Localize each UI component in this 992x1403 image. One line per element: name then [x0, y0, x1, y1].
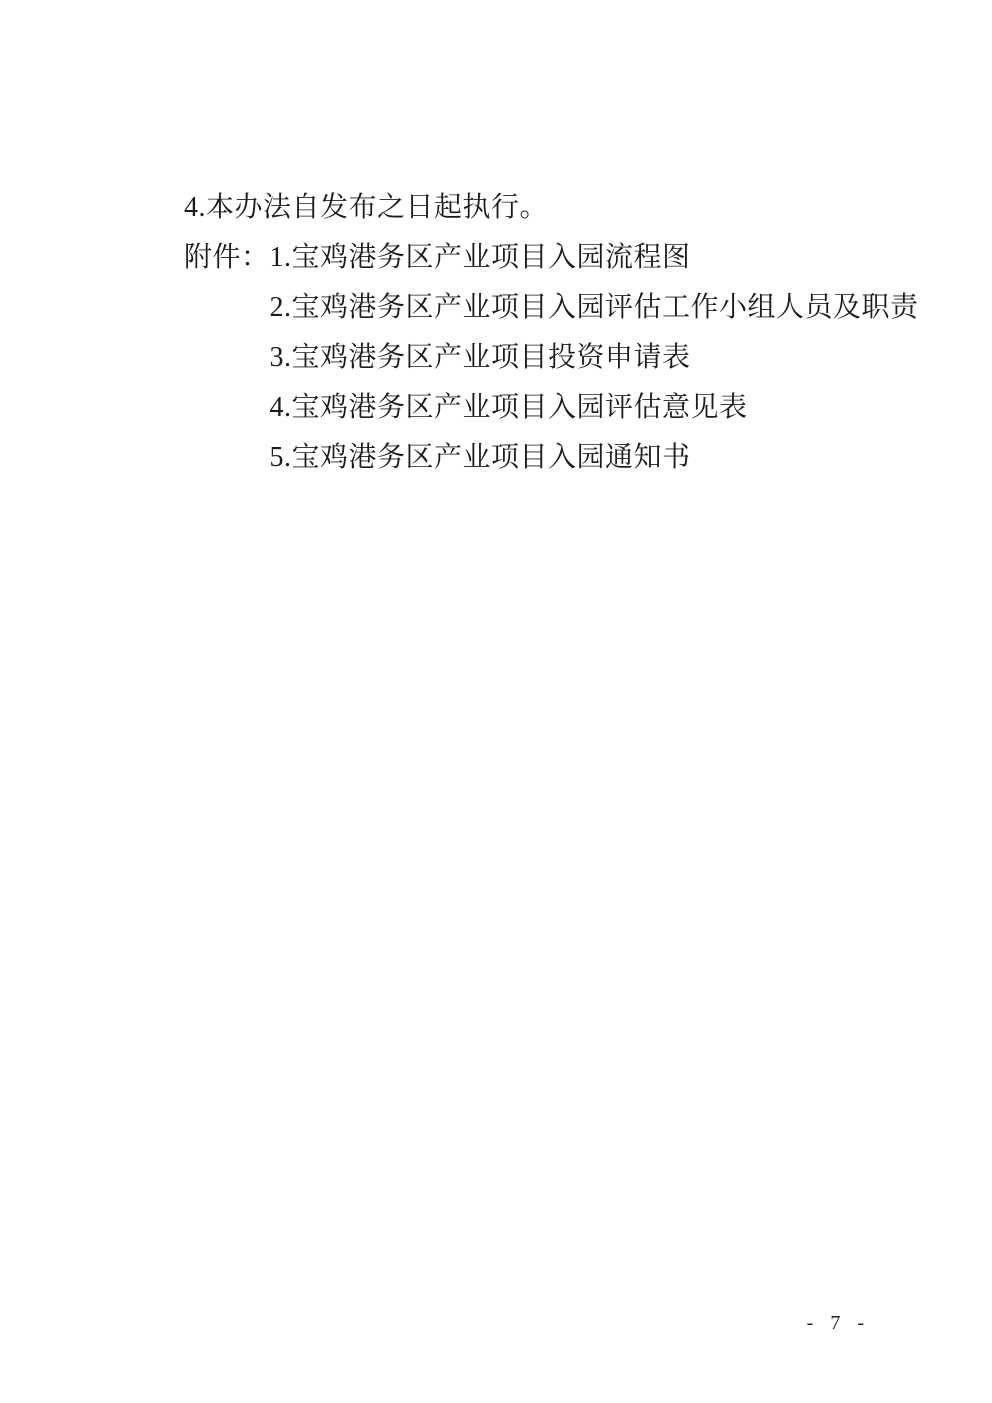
attachment-item-5: 5.宝鸡港务区产业项目入园通知书 [270, 433, 919, 483]
attachments-label: 附件： [184, 233, 270, 283]
attachment-item-4: 4.宝鸡港务区产业项目入园评估意见表 [270, 383, 919, 433]
attachments-block: 附件： 1.宝鸡港务区产业项目入园流程图 2.宝鸡港务区产业项目入园评估工作小组… [184, 233, 892, 483]
document-page: 4.本办法自发布之日起执行。 附件： 1.宝鸡港务区产业项目入园流程图 2.宝鸡… [0, 0, 992, 1403]
attachment-item-1: 1.宝鸡港务区产业项目入园流程图 [270, 233, 919, 283]
attachments-list: 1.宝鸡港务区产业项目入园流程图 2.宝鸡港务区产业项目入园评估工作小组人员及职… [270, 233, 919, 483]
attachment-item-2: 2.宝鸡港务区产业项目入园评估工作小组人员及职责 [270, 283, 919, 333]
document-body: 4.本办法自发布之日起执行。 附件： 1.宝鸡港务区产业项目入园流程图 2.宝鸡… [184, 183, 892, 483]
page-number: - 7 - [807, 1311, 870, 1335]
attachment-item-3: 3.宝鸡港务区产业项目投资申请表 [270, 333, 919, 383]
paragraph-effective-date: 4.本办法自发布之日起执行。 [184, 183, 892, 233]
